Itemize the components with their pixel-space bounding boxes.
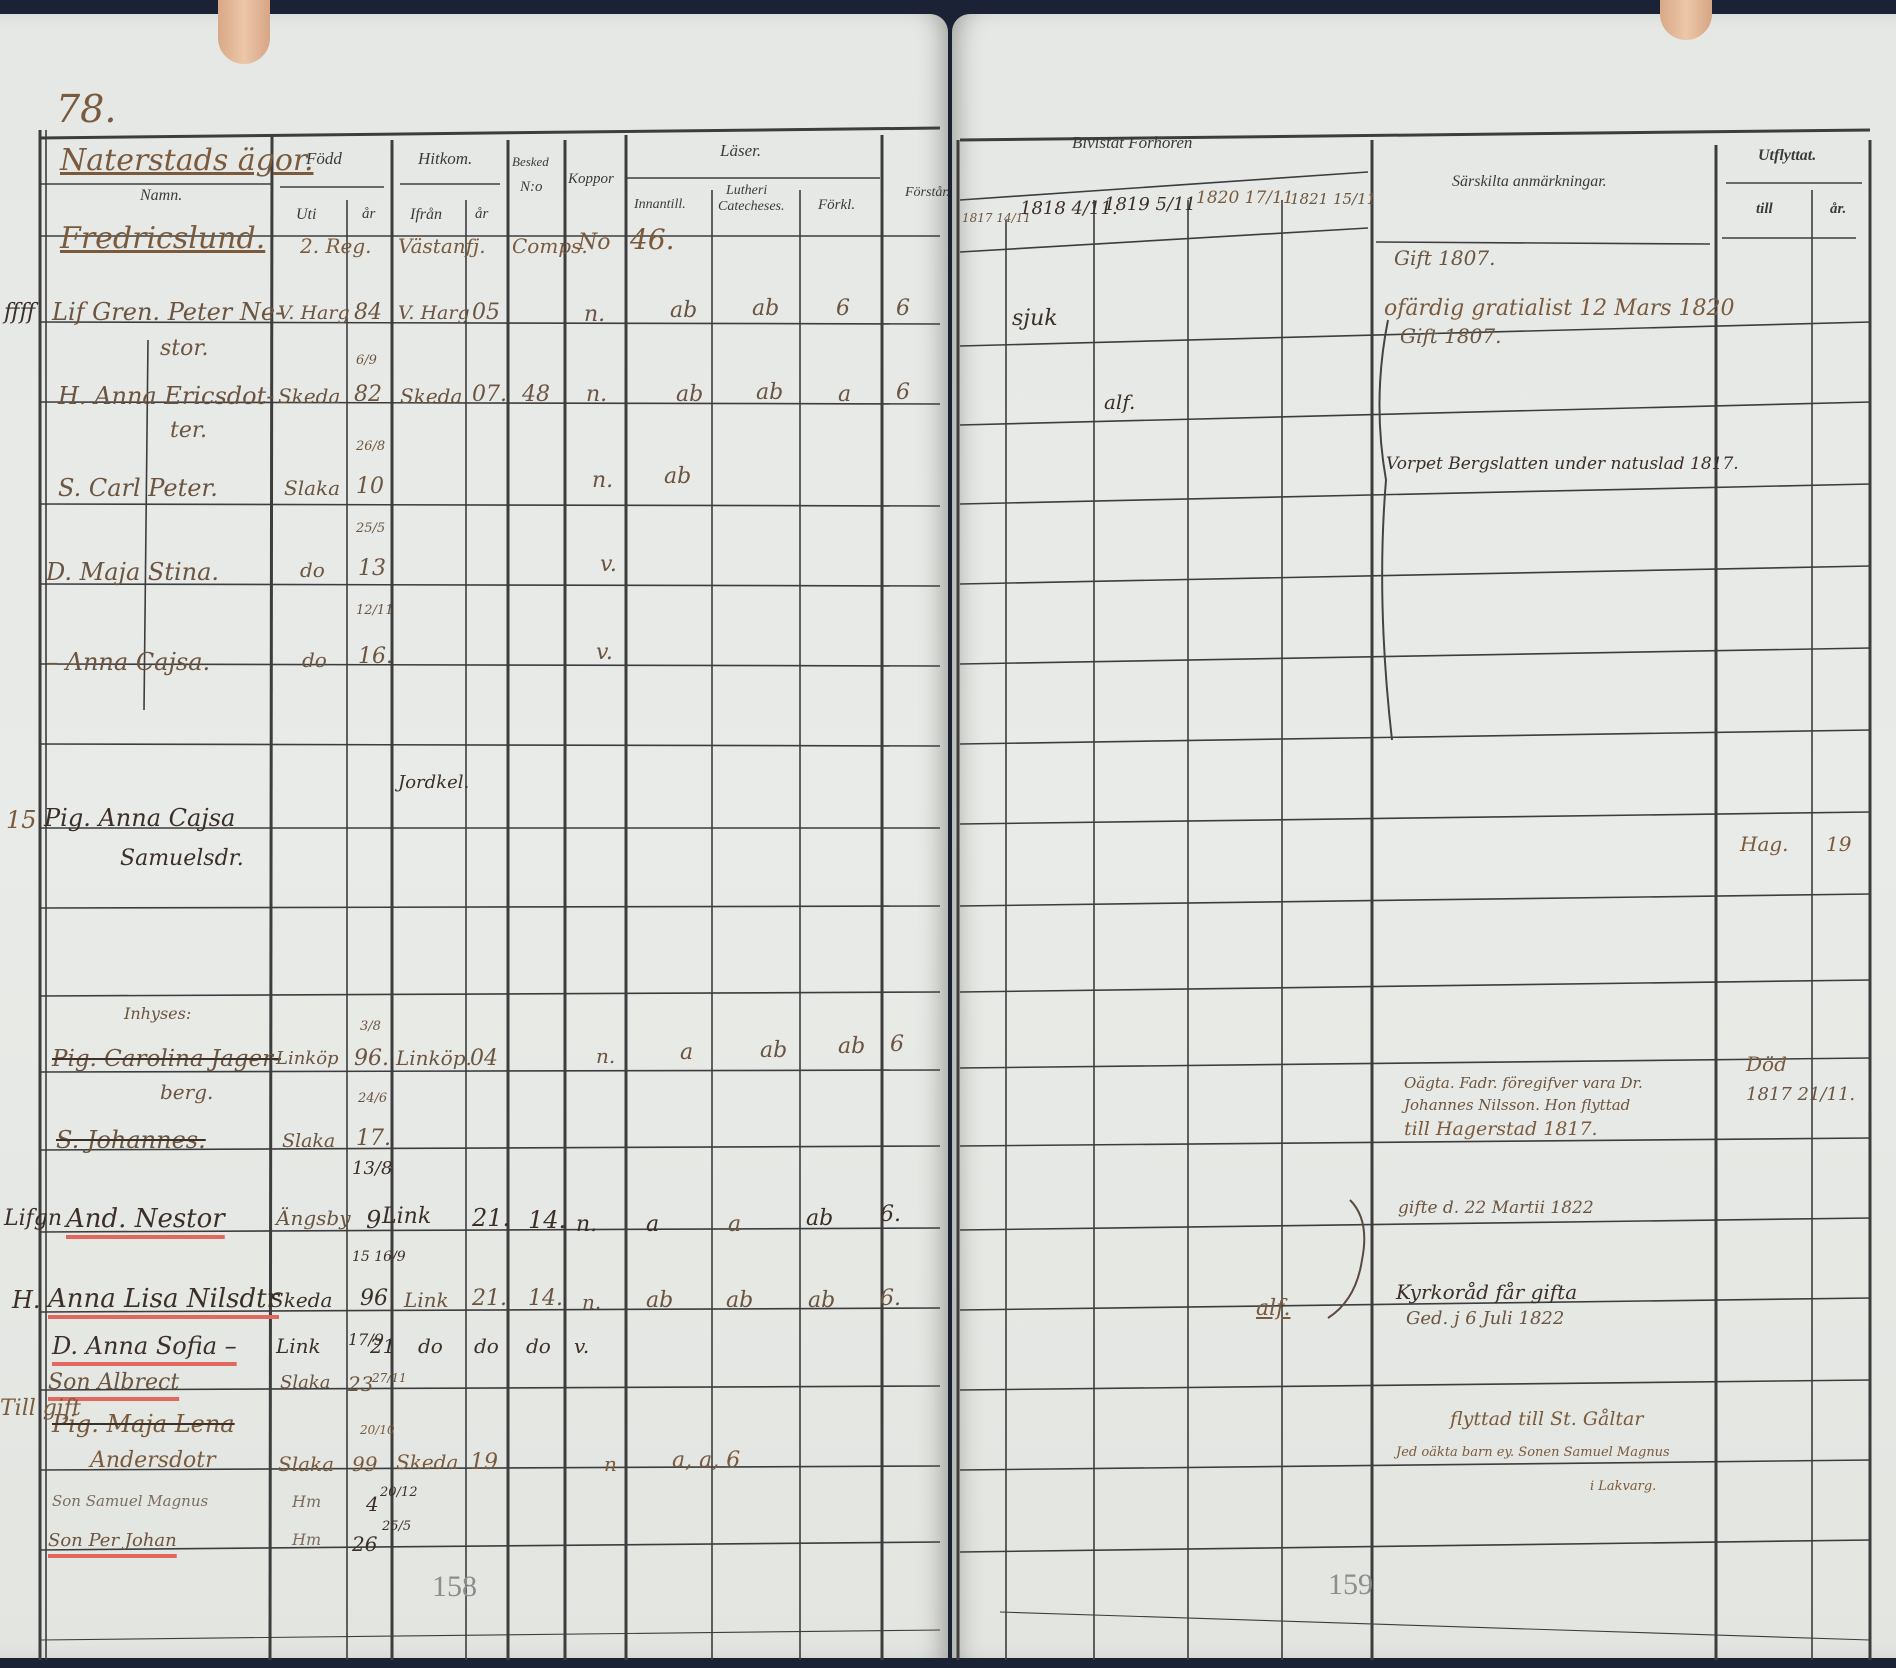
forstar: 6. — [880, 1204, 901, 1226]
koppor: v. — [600, 554, 617, 576]
birth-year: 96 — [360, 1288, 388, 1310]
birth-year: 16. — [358, 646, 393, 668]
subheader-besked: Comps. — [512, 236, 588, 256]
forhor-year-1819: 1819 5/11 — [1104, 196, 1196, 214]
birth-date: 20/10 — [360, 1424, 395, 1436]
header-till: till — [1756, 202, 1773, 217]
forhor-mark: alf. — [1256, 1298, 1291, 1320]
birth-year: 23 — [348, 1374, 373, 1394]
birth-place: Slaka — [284, 478, 340, 498]
remark: ofärdig gratialist 12 Mars 1820 — [1384, 298, 1735, 320]
birth-date: 25/5 — [356, 522, 385, 535]
came-year: 21. — [472, 1206, 510, 1230]
koppor: n. — [582, 1292, 601, 1312]
section-label-inhyses: Inhyses: — [124, 1006, 191, 1022]
came-year: do — [474, 1336, 499, 1356]
person-name-cont: Samuelsdr. — [120, 848, 244, 870]
innantill: a — [680, 1042, 693, 1064]
header-fodd: Född — [306, 150, 342, 167]
moved-year: 19 — [1826, 834, 1851, 854]
margin-note: 15 — [6, 808, 37, 832]
person-name: D. Maja Stina. — [46, 560, 219, 584]
header-laser: Läser. — [720, 142, 761, 159]
birth-date: 20/12 — [380, 1486, 417, 1499]
remark: Vorpet Bergslatten under natuslad 1817. — [1386, 456, 1739, 473]
subheader-koppor: No — [578, 232, 611, 254]
person-name: Anna Lisa Nilsdtr — [48, 1286, 279, 1312]
birth-place: Skeda — [270, 1290, 332, 1310]
birth-year: 96. — [354, 1048, 389, 1070]
besked-number: 14. — [528, 1288, 563, 1310]
innantill: a — [646, 1214, 659, 1236]
header-besked-nr: N:o — [520, 180, 543, 195]
moved-year: 1817 21/11. — [1746, 1086, 1855, 1104]
place-title: Naterstads ägor. — [60, 146, 314, 176]
birth-place: Slaka — [282, 1132, 335, 1151]
catechesis: ab — [756, 382, 783, 404]
person-name-cont: Andersdotr — [90, 1450, 216, 1472]
besked-number: 48 — [522, 384, 550, 406]
came-from: Skeda — [396, 1452, 458, 1472]
header-namn: Namn. — [140, 188, 182, 204]
remark: Gift 1807. — [1400, 326, 1501, 346]
remark: till Hagerstad 1817. — [1404, 1120, 1598, 1139]
remark: Oägta. Fadr. föregifver vara Dr. — [1404, 1076, 1643, 1091]
header-hitkom-ar: år — [475, 207, 488, 222]
innantill: ab — [670, 300, 697, 322]
forklaring: ab — [808, 1290, 835, 1312]
header-catecheses: Catecheses. — [718, 200, 784, 214]
birth-year: 4 — [366, 1494, 379, 1514]
birth-date: 13/8 — [352, 1160, 392, 1178]
birth-date: 26/8 — [356, 440, 385, 453]
person-name-cont: stor. — [160, 338, 208, 360]
forhor-mark: sjuk — [1012, 308, 1058, 330]
remark: Ged. j 6 Juli 1822 — [1406, 1310, 1564, 1328]
birth-date: 27/11 — [372, 1372, 407, 1384]
header-lutheri: Lutheri — [726, 184, 767, 198]
koppor: v. — [574, 1336, 589, 1356]
koppor: n. — [584, 304, 605, 326]
header-forstar: Förstår. — [905, 186, 950, 200]
birth-year: 13 — [358, 558, 386, 580]
forklaring: 6 — [836, 298, 850, 320]
birth-year: 26 — [352, 1534, 377, 1554]
catechesis: a — [728, 1214, 741, 1236]
header-ar: år. — [1830, 202, 1846, 217]
forhor-mark: alf. — [1104, 392, 1135, 412]
came-year: 05 — [472, 302, 500, 324]
innantill: ab — [664, 466, 691, 488]
birth-year: 17. — [356, 1128, 391, 1150]
subheader-hitkom: Västanfj. — [398, 236, 486, 256]
birth-place: Skeda — [278, 386, 340, 406]
birth-date: 6/9 — [356, 354, 377, 367]
header-hitkom-ifran: Ifrån — [410, 207, 442, 223]
header-fodd-uti: Uti — [296, 207, 316, 223]
person-name: Pig. Maja Lena — [52, 1412, 235, 1436]
birth-place: Hm — [292, 1494, 321, 1510]
came-from: Link — [382, 1206, 431, 1228]
birth-year: 82 — [354, 384, 382, 406]
remark: flyttad till St. Gåltar — [1450, 1410, 1643, 1429]
came-from: Jordkel. — [398, 774, 469, 792]
birth-date: 3/8 — [360, 1020, 381, 1033]
koppor: v. — [596, 642, 613, 664]
forstar: 6. — [880, 1288, 901, 1310]
person-name: – Anna Cajsa. — [46, 650, 210, 674]
header-utflyttat: Utflyttat. — [1758, 148, 1816, 164]
header-fodd-ar: år — [362, 207, 375, 222]
subheader-laser: 46. — [630, 226, 675, 254]
birth-place: Ängsby — [276, 1208, 351, 1228]
birth-place: Linköp — [276, 1050, 339, 1068]
page-number-right: 159 — [1328, 1570, 1373, 1600]
person-name: Lif Gren. Peter Ne- — [52, 300, 283, 324]
person-name: D. Anna Sofia – — [52, 1334, 237, 1358]
birth-place: Slaka — [280, 1374, 330, 1392]
header-besked: Besked — [512, 155, 549, 168]
header-forkl: Förkl. — [818, 198, 855, 213]
catechesis: ab — [752, 298, 779, 320]
header-koppor: Koppor — [568, 172, 614, 187]
bookmark-left — [218, 0, 270, 64]
person-name: Son Per Johan — [48, 1532, 177, 1550]
koppor: n. — [592, 470, 613, 492]
birth-place: V. Harg — [278, 304, 350, 323]
margin-note: H. — [12, 1288, 41, 1312]
person-name: Son Samuel Magnus — [52, 1494, 208, 1509]
person-name-cont: ter. — [170, 420, 207, 442]
person-name: S. Carl Peter. — [58, 476, 218, 500]
came-from: Link — [404, 1290, 449, 1310]
header-innantill: Innantill. — [634, 198, 686, 212]
forhor-year-1821: 1821 15/11 — [1290, 192, 1376, 207]
came-from: V. Harg — [398, 304, 470, 323]
person-name-cont: berg. — [160, 1082, 213, 1102]
header-bivistat: Bivistat Förhören — [1072, 134, 1192, 151]
besked-number: do — [526, 1336, 551, 1356]
innantill: ab — [676, 384, 703, 406]
person-name: Pig. Anna Cajsa — [44, 806, 235, 830]
header-sarskilta: Särskilta anmärkningar. — [1452, 174, 1607, 190]
folio-number: 78. — [56, 90, 116, 128]
came-year: 07. — [472, 384, 507, 406]
person-name: Pig. Carolina Jager- — [52, 1048, 281, 1071]
page-number-left: 158 — [432, 1572, 477, 1602]
person-name: And. Nestor — [66, 1206, 225, 1232]
subheader-fodd: 2. Reg. — [300, 236, 372, 256]
birth-place: do — [300, 560, 325, 580]
koppor: n. — [576, 1214, 597, 1236]
birth-date: 24/6 — [358, 1092, 387, 1105]
remark: Kyrkoråd får gifta — [1396, 1282, 1577, 1302]
birth-year: 21 — [370, 1336, 395, 1356]
forklaring: ab — [838, 1036, 865, 1058]
came-year: 19 — [470, 1452, 498, 1474]
birth-place: Hm — [292, 1532, 321, 1548]
came-year: 21. — [472, 1288, 507, 1310]
farm-name: Fredricslund. — [60, 224, 265, 254]
moved-to: Hag. — [1740, 834, 1789, 854]
person-name: Son Albrect — [48, 1372, 179, 1394]
innantill: ab — [646, 1290, 673, 1312]
birth-year: 99 — [352, 1454, 377, 1474]
came-year: 04 — [470, 1048, 498, 1070]
birth-date: 25/5 — [382, 1520, 411, 1533]
besked-number: 14. — [528, 1208, 566, 1232]
came-from: Skeda — [400, 386, 462, 406]
remark: Johannes Nilsson. Hon flyttad — [1404, 1098, 1630, 1113]
birth-year: 10 — [356, 476, 384, 498]
remark: gifte d. 22 Martii 1822 — [1398, 1200, 1594, 1217]
forstar: 6 — [896, 382, 910, 404]
forstar: 6 — [890, 1034, 904, 1056]
came-from: Linköp. — [396, 1048, 472, 1068]
birth-place: Slaka — [278, 1454, 334, 1474]
remark: Jed oäkta barn ey. Sonen Samuel Magnus — [1396, 1446, 1670, 1459]
came-from: do — [418, 1336, 443, 1356]
header-hitkom: Hitkom. — [418, 150, 472, 167]
remark: Gift 1807. — [1394, 248, 1495, 268]
koppor: n. — [596, 1046, 615, 1066]
birth-year: 84 — [354, 302, 382, 324]
person-name: S. Johannes. — [56, 1128, 206, 1152]
margin-note: ffff — [4, 302, 35, 324]
margin-note: Lifgn — [4, 1208, 62, 1230]
forklaring: ab — [806, 1208, 833, 1230]
remark: i Lakvarg. — [1590, 1480, 1656, 1493]
moved-to: Död — [1746, 1054, 1787, 1074]
forklaring: a — [838, 384, 851, 406]
catechesis: ab — [726, 1290, 753, 1312]
forstar: 6 — [896, 298, 910, 320]
birth-date: 15 16/9 — [352, 1250, 406, 1264]
birth-place: Link — [276, 1336, 321, 1356]
innantill: a, a, 6 — [672, 1450, 740, 1472]
catechesis: ab — [760, 1040, 787, 1062]
koppor: n — [604, 1454, 617, 1474]
person-name: H. Anna Ericsdot- — [58, 384, 274, 408]
koppor: n. — [586, 384, 607, 406]
birth-year: 9 — [366, 1208, 381, 1232]
forhor-year-1820: 1820 17/11 — [1196, 190, 1294, 207]
birth-place: do — [302, 650, 327, 670]
birth-date: 12/11 — [356, 604, 393, 617]
